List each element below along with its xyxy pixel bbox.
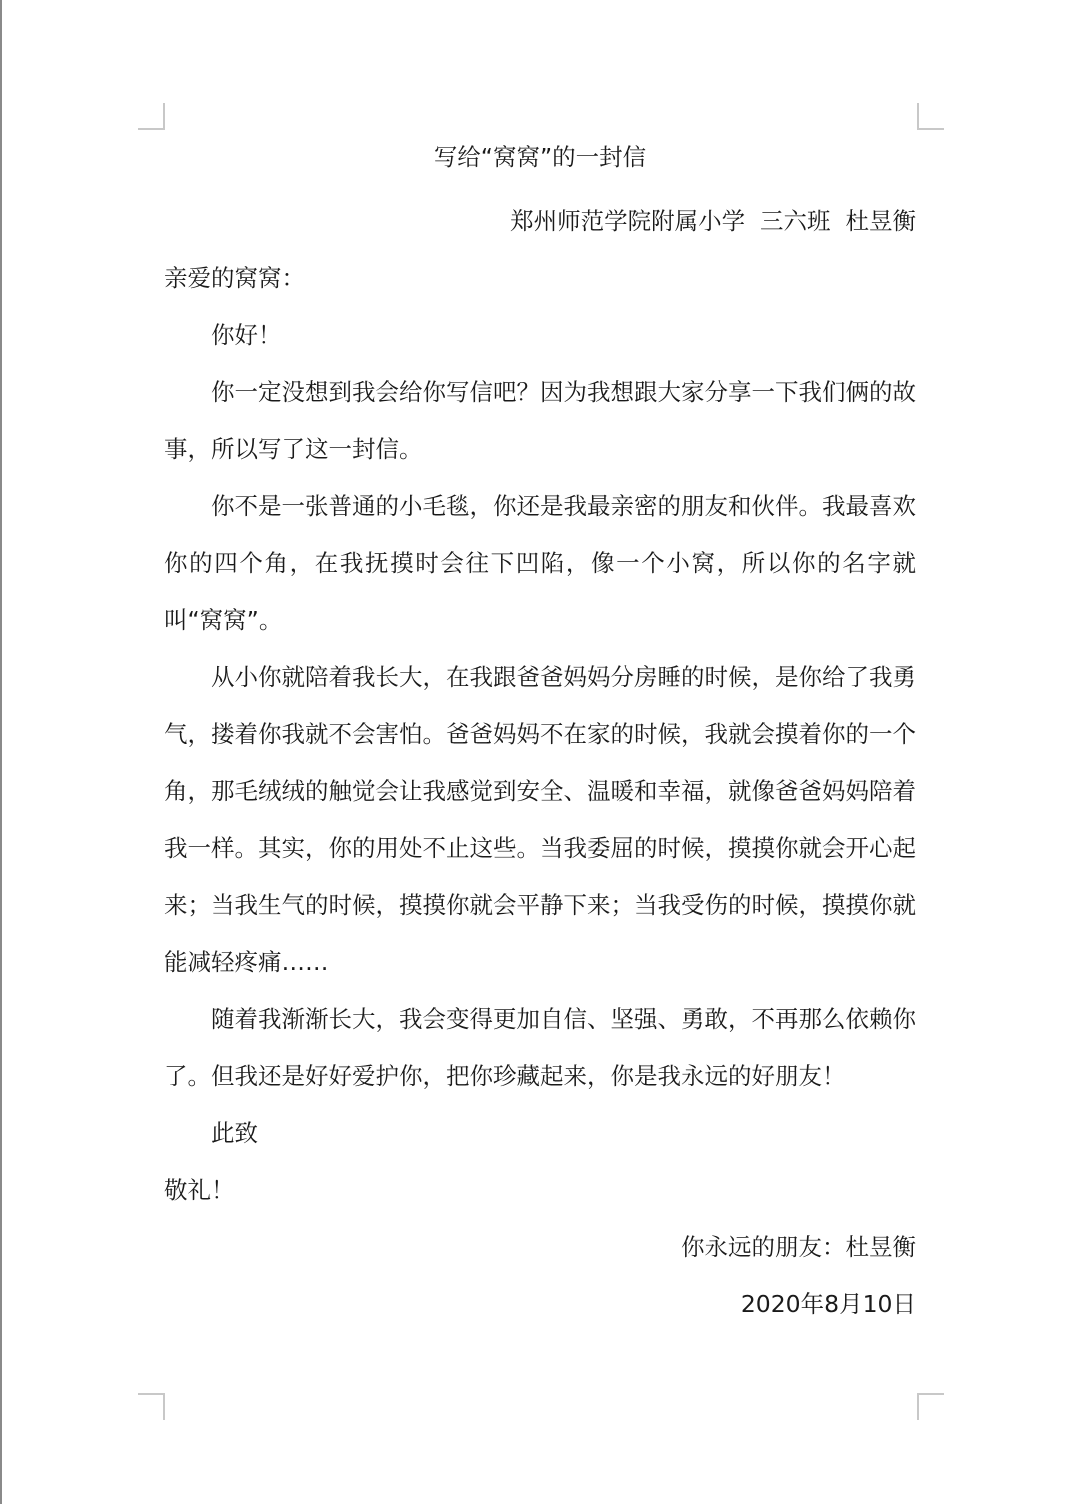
body-paragraph: 从小你就陪着我长大，在我跟爸爸妈妈分房睡的时候，是你给了我勇气，搂着你我就不会害… [164, 649, 916, 991]
signature: 你永远的朋友：杜昱衡 [164, 1219, 916, 1276]
closing-line-1: 此致 [164, 1105, 916, 1162]
author-line: 郑州师范学院附属小学 三六班 杜昱衡 [164, 193, 916, 250]
letter-date: 2020年8月10日 [164, 1276, 916, 1333]
body-paragraph: 你一定没想到我会给你写信吧？因为我想跟大家分享一下我们俩的故事，所以写了这一封信… [164, 364, 916, 478]
body-paragraph: 随着我渐渐长大，我会变得更加自信、坚强、勇敢，不再那么依赖你了。但我还是好好爱护… [164, 991, 916, 1105]
page-left-edge [0, 0, 2, 1504]
document-page: 写给“窝窝”的一封信 郑州师范学院附属小学 三六班 杜昱衡 亲爱的窝窝： 你好！… [164, 136, 916, 1333]
margin-corner-mark-bottom-left [138, 1393, 165, 1420]
margin-corner-mark-bottom-right [917, 1393, 944, 1420]
body-paragraph: 你不是一张普通的小毛毯，你还是我最亲密的朋友和伙伴。我最喜欢你的四个角，在我抚摸… [164, 478, 916, 649]
salutation: 亲爱的窝窝： [164, 250, 916, 307]
margin-corner-mark-top-right [917, 103, 944, 130]
letter-title: 写给“窝窝”的一封信 [164, 136, 916, 179]
greeting-paragraph: 你好！ [164, 307, 916, 364]
margin-corner-mark-top-left [138, 103, 165, 130]
closing-line-2: 敬礼！ [164, 1162, 916, 1219]
